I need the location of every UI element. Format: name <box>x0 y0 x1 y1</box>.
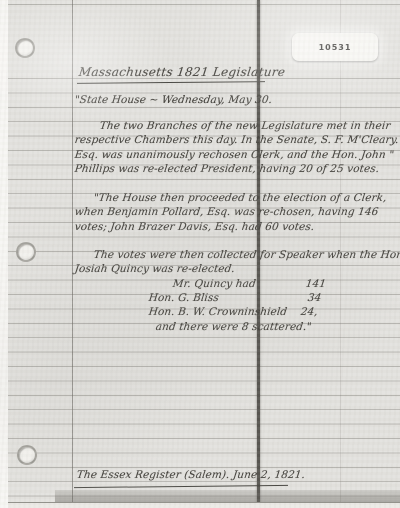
paper-top-edge <box>8 4 400 5</box>
dateline: "State House ~ Wednesday, May 30. <box>74 94 273 106</box>
paragraph2-line1: "The House then proceeded to the electio… <box>93 192 387 204</box>
paragraph3-line2: Josiah Quincy was re-elected. <box>74 263 236 275</box>
catalog-sticker: 10531 <box>292 33 378 61</box>
tally-note: and there were 8 scattered." <box>155 321 312 333</box>
paper-bottom-edge <box>8 502 400 508</box>
punch-hole-bottom <box>17 445 37 465</box>
tally-votes-quincy: 141 <box>305 278 327 290</box>
tally-name-quincy: Mr. Quincy had <box>172 278 257 290</box>
margin-line <box>72 0 73 508</box>
paragraph2-line2: when Benjamin Pollard, Esq. was re-chose… <box>74 206 379 218</box>
tally-votes-bliss: 34 <box>307 292 322 304</box>
scanned-notebook-page: 10531 Massachusetts 1821 Legislature "St… <box>0 0 400 508</box>
catalog-number: 10531 <box>319 43 352 52</box>
paragraph2-line3: votes; John Brazer Davis, Esq. had 60 vo… <box>74 221 315 233</box>
citation: The Essex Register (Salem). June 2, 1821… <box>76 469 306 481</box>
paragraph1-line4: Phillips was re-elected President, havin… <box>74 163 380 175</box>
punch-hole-top <box>15 38 35 58</box>
photocopy-bottom-shadow <box>55 490 400 502</box>
page-title: Massachusetts 1821 Legislature <box>78 65 286 79</box>
tally-name-crowninshield: Hon. B. W. Crowninshield <box>148 306 288 318</box>
tally-name-bliss: Hon. G. Bliss <box>148 292 220 304</box>
paragraph3-line1: The votes were then collected for Speake… <box>93 249 400 261</box>
paragraph1-line1: The two Branches of the new Legislature … <box>99 120 391 132</box>
paragraph1-line2: respective Chambers this day. In the Sen… <box>74 134 399 146</box>
punch-hole-middle <box>16 242 36 262</box>
tally-votes-crowninshield: 24, <box>300 306 318 318</box>
paragraph1-line3: Esq. was unanimously rechosen Clerk, and… <box>74 149 395 161</box>
